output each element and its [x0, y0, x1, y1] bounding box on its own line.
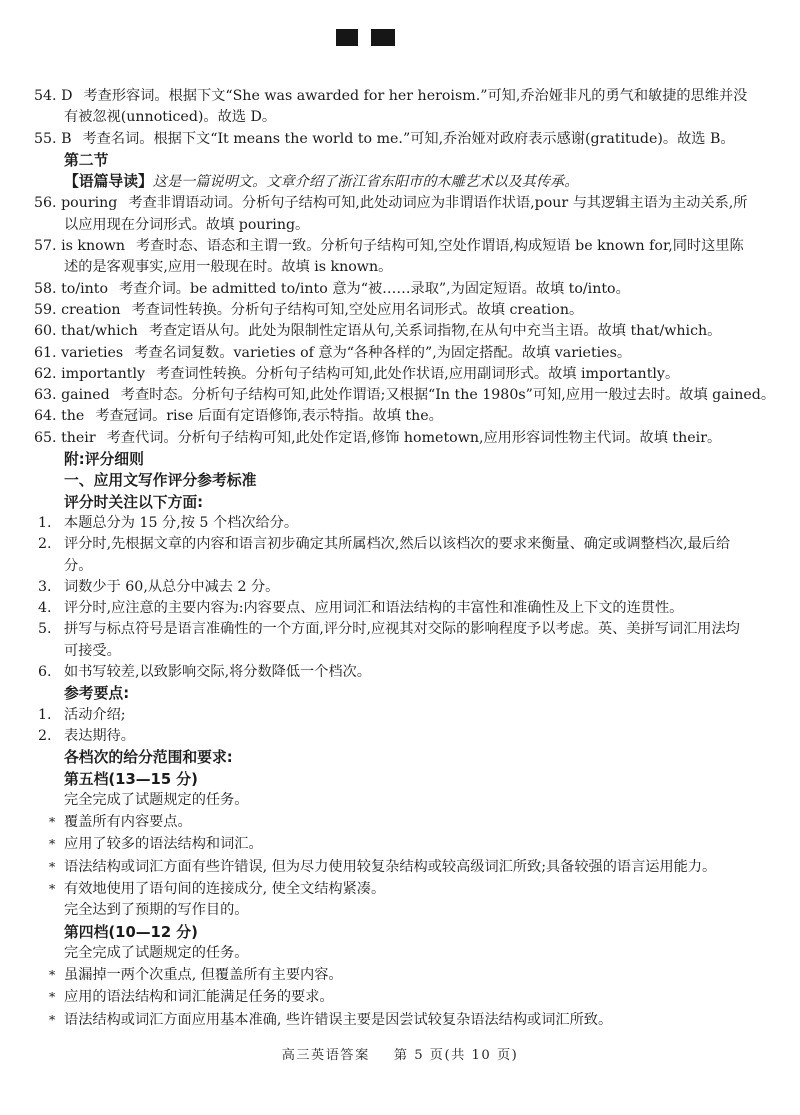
rule-text: 本题总分为 15 分,按 5 个档次给分。: [64, 515, 298, 531]
answer-item-62: 62. importantly考查词性转换。分析句子结构可知,此处作状语,应用副…: [64, 364, 752, 385]
bullet-text: 应用了较多的语法结构和词汇。: [64, 836, 263, 852]
asterisk-marker: *: [49, 986, 64, 1007]
scoring-rule-5: 5.拼写与标点符号是语言准确性的一个方面,评分时,应视其对交际的影响程度予以考虑…: [64, 619, 752, 662]
appendix-heading: 附:评分细则: [64, 449, 752, 470]
page-footer: 高三英语答案第 5 页(共 10 页): [0, 1044, 800, 1063]
rule-number: 3.: [38, 577, 64, 598]
bullet-text: 应用的语法结构和词汇能满足任务的要求。: [64, 989, 334, 1005]
answer-number: 54. D: [34, 88, 83, 104]
answer-item-54: 54. D考查形容词。根据下文“She was awarded for her …: [64, 86, 752, 129]
reference-point-1: 1.活动介绍;: [64, 705, 752, 726]
answer-item-60: 60. that/which考查定语从句。此处为限制性定语从句,关系词指物,在从…: [64, 321, 752, 342]
print-registration-marks: [336, 29, 395, 46]
answer-number: 56. pouring: [34, 195, 128, 211]
rule-text: 拼写与标点符号是语言准确性的一个方面,评分时,应视其对交际的影响程度予以考虑。英…: [64, 621, 740, 658]
rule-number: 5.: [38, 619, 64, 640]
band-5-bullet-4: *有效地使用了语句间的连接成分, 使全文结构紧凑。: [64, 878, 752, 900]
point-text: 活动介绍;: [64, 707, 126, 723]
footer-page-info: 第 5 页(共 10 页): [394, 1048, 518, 1063]
rule-number: 6.: [38, 662, 64, 683]
scoring-focus-heading: 评分时关注以下方面:: [64, 492, 752, 513]
answer-explanation: 考查非谓语动词。分析句子结构可知,此处动词应为非谓语作状语,pour 与其逻辑主…: [64, 195, 747, 232]
point-text: 表达期待。: [64, 728, 135, 744]
bullet-text: 语法结构或词汇方面有些许错误, 但为尽力使用较复杂结构或较高级词汇所致;具备较强…: [64, 859, 716, 875]
answer-number: 65. their: [34, 430, 107, 446]
scoring-rule-4: 4.评分时,应注意的主要内容为:内容要点、应用词汇和语法结构的丰富性和准确性及上…: [64, 598, 752, 619]
answer-item-55: 55. B考查名词。根据下文“It means the world to me.…: [64, 129, 752, 150]
answer-item-63: 63. gained考查时态。分析句子结构可知,此处作谓语;又根据“In the…: [64, 385, 752, 406]
band-5-bullet-2: *应用了较多的语法结构和词汇。: [64, 833, 752, 855]
rule-text: 如书写较差,以致影响交际,将分数降低一个档次。: [64, 664, 371, 680]
rule-number: 1.: [38, 513, 64, 534]
answer-explanation: 考查冠词。rise 后面有定语修饰,表示特指。故填 the。: [95, 408, 443, 424]
scoring-rule-6: 6.如书写较差,以致影响交际,将分数降低一个档次。: [64, 662, 752, 683]
print-mark-icon: [371, 29, 395, 46]
answer-explanation: 考查词性转换。分析句子结构可知,此处作状语,应用副词形式。故填 importan…: [156, 366, 679, 382]
answer-item-56: 56. pouring考查非谓语动词。分析句子结构可知,此处动词应为非谓语作状语…: [64, 193, 752, 236]
answer-number: 62. importantly: [34, 366, 156, 382]
rule-number: 2.: [38, 534, 64, 555]
answer-item-61: 61. varieties考查名词复数。varieties of 意为“各种各样…: [64, 343, 752, 364]
answer-explanation: 考查时态。分析句子结构可知,此处作谓语;又根据“In the 1980s”可知,…: [121, 387, 775, 403]
answer-explanation: 考查定语从句。此处为限制性定语从句,关系词指物,在从句中充当主语。故填 that…: [149, 323, 722, 339]
answer-item-64: 64. the考查冠词。rise 后面有定语修饰,表示特指。故填 the。: [64, 406, 752, 427]
appendix-sub-heading: 一、应用文写作评分参考标准: [64, 470, 752, 491]
answer-explanation: 考查时态、语态和主谓一致。分析句子结构可知,空处作谓语,构成短语 be know…: [64, 238, 744, 275]
answer-sheet-page: 54. D考查形容词。根据下文“She was awarded for her …: [0, 0, 800, 1115]
answer-number: 58. to/into: [34, 281, 119, 297]
answer-number: 59. creation: [34, 302, 132, 318]
bullet-text: 有效地使用了语句间的连接成分, 使全文结构紧凑。: [64, 881, 385, 897]
bands-heading: 各档次的给分范围和要求:: [64, 747, 752, 768]
band-5-bullet-3: *语法结构或词汇方面有些许错误, 但为尽力使用较复杂结构或较高级词汇所致;具备较…: [64, 856, 752, 878]
rule-text: 评分时,先根据文章的内容和语言初步确定其所属档次,然后以该档次的要求来衡量、确定…: [64, 536, 730, 573]
band-5-title: 第五档(13—15 分): [64, 769, 752, 790]
rule-text: 词数少于 60,从总分中减去 2 分。: [64, 579, 279, 595]
answer-explanation: 考查代词。分析句子结构可知,此处作定语,修饰 hometown,应用形容词性物主…: [107, 430, 722, 446]
scoring-rule-3: 3.词数少于 60,从总分中减去 2 分。: [64, 577, 752, 598]
point-number: 2.: [38, 726, 64, 747]
answer-item-57: 57. is known考查时态、语态和主谓一致。分析句子结构可知,空处作谓语,…: [64, 236, 752, 279]
bullet-text: 覆盖所有内容要点。: [64, 814, 192, 830]
scoring-rule-1: 1.本题总分为 15 分,按 5 个档次给分。: [64, 513, 752, 534]
section-2-heading: 第二节: [64, 150, 752, 171]
band-5-bullet-1: *覆盖所有内容要点。: [64, 811, 752, 833]
reference-points-heading: 参考要点:: [64, 683, 752, 704]
rule-number: 4.: [38, 598, 64, 619]
answer-number: 55. B: [34, 131, 83, 147]
answer-number: 63. gained: [34, 387, 121, 403]
band-5-outro: 完全达到了预期的写作目的。: [64, 900, 752, 921]
band-4-bullet-2: *应用的语法结构和词汇能满足任务的要求。: [64, 986, 752, 1008]
answer-explanation: 考查名词。根据下文“It means the world to me.”可知,乔…: [83, 131, 735, 147]
answer-number: 64. the: [34, 408, 95, 424]
answer-item-59: 59. creation考查词性转换。分析句子结构可知,空处应用名词形式。故填 …: [64, 300, 752, 321]
answer-explanation: 考查形容词。根据下文“She was awarded for her heroi…: [64, 88, 747, 125]
band-4-bullet-3: *语法结构或词汇方面应用基本准确, 些许错误主要是因尝试较复杂语法结构或词汇所致…: [64, 1009, 752, 1031]
asterisk-marker: *: [49, 1009, 64, 1030]
bullet-text: 虽漏掉一两个次重点, 但覆盖所有主要内容。: [64, 967, 343, 983]
answer-item-58: 58. to/into考查介词。be admitted to/into 意为“被…: [64, 279, 752, 300]
point-number: 1.: [38, 705, 64, 726]
asterisk-marker: *: [49, 878, 64, 899]
band-5-intro: 完全完成了试题规定的任务。: [64, 790, 752, 811]
passage-guide: 【语篇导读】这是一篇说明文。文章介绍了浙江省东阳市的木雕艺术以及其传承。: [64, 171, 752, 193]
guide-label: 【语篇导读】: [64, 173, 153, 190]
answer-number: 61. varieties: [34, 345, 134, 361]
rule-text: 评分时,应注意的主要内容为:内容要点、应用词汇和语法结构的丰富性和准确性及上下文…: [64, 600, 683, 616]
answer-item-65: 65. their考查代词。分析句子结构可知,此处作定语,修饰 hometown…: [64, 428, 752, 449]
page-content: 54. D考查形容词。根据下文“She was awarded for her …: [64, 86, 752, 1031]
answer-number: 60. that/which: [34, 323, 149, 339]
asterisk-marker: *: [49, 811, 64, 832]
band-4-bullet-1: *虽漏掉一两个次重点, 但覆盖所有主要内容。: [64, 964, 752, 986]
footer-doc-title: 高三英语答案: [282, 1048, 370, 1063]
band-4-title: 第四档(10—12 分): [64, 922, 752, 943]
print-mark-icon: [336, 29, 358, 46]
reference-point-2: 2.表达期待。: [64, 726, 752, 747]
asterisk-marker: *: [49, 964, 64, 985]
bullet-text: 语法结构或词汇方面应用基本准确, 些许错误主要是因尝试较复杂语法结构或词汇所致。: [64, 1012, 612, 1028]
answer-explanation: 考查名词复数。varieties of 意为“各种各样的”,为固定搭配。故填 v…: [134, 345, 631, 361]
asterisk-marker: *: [49, 856, 64, 877]
band-4-intro: 完全完成了试题规定的任务。: [64, 943, 752, 964]
answer-explanation: 考查词性转换。分析句子结构可知,空处应用名词形式。故填 creation。: [132, 302, 584, 318]
asterisk-marker: *: [49, 833, 64, 854]
scoring-rule-2: 2.评分时,先根据文章的内容和语言初步确定其所属档次,然后以该档次的要求来衡量、…: [64, 534, 752, 577]
guide-text: 这是一篇说明文。文章介绍了浙江省东阳市的木雕艺术以及其传承。: [153, 174, 579, 190]
answer-number: 57. is known: [34, 238, 136, 254]
answer-explanation: 考查介词。be admitted to/into 意为“被……录取”,为固定短语…: [119, 281, 630, 297]
